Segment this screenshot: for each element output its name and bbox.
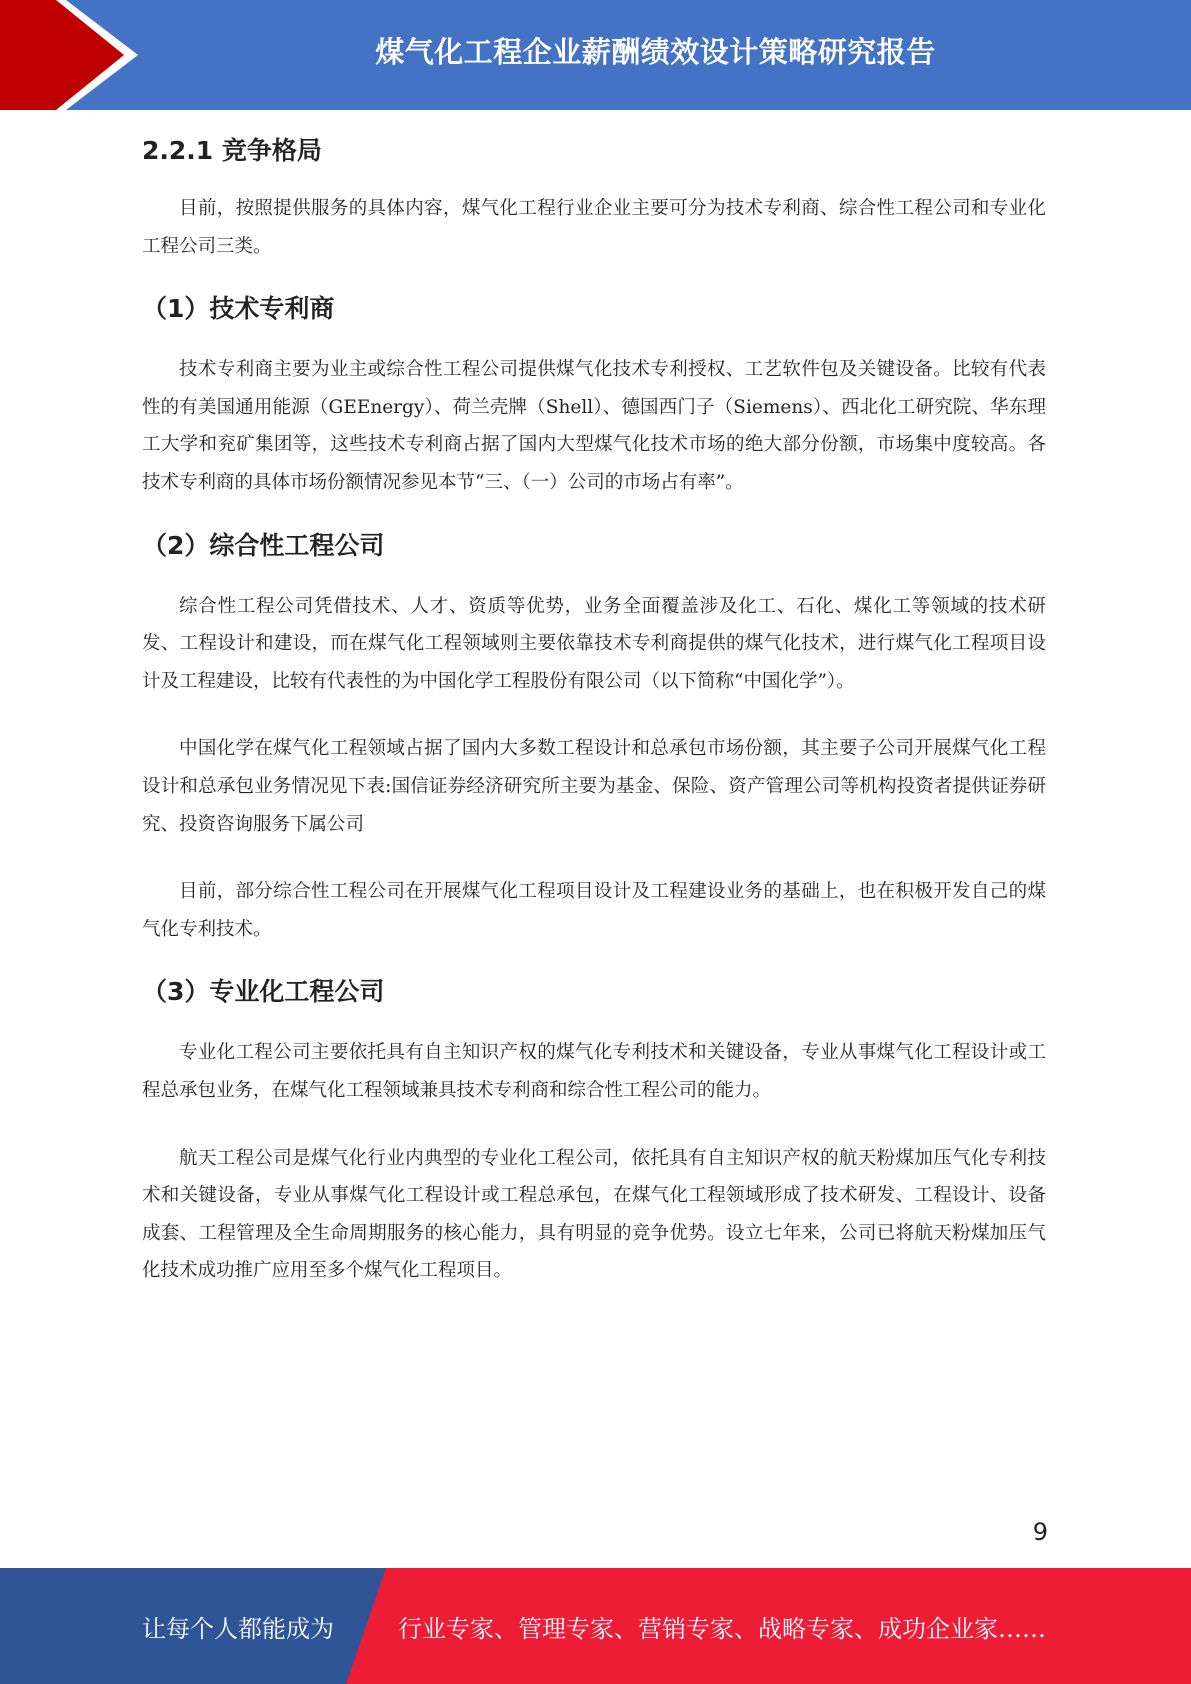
paragraph: 专业化工程公司主要依托具有自主知识产权的煤气化专利技术和关键设备，专业从事煤气化… (142, 1034, 1046, 1109)
paragraph: 目前，部分综合性工程公司在开展煤气化工程项目设计及工程建设业务的基础上，也在积极… (142, 873, 1046, 948)
subsection-title-patent-holders: （1）技术专利商 (142, 289, 1046, 329)
report-title: 煤气化工程企业薪酬绩效设计策略研究报告 (0, 0, 1191, 100)
subsection-title-specialized-engineering: （3）专业化工程公司 (142, 972, 1046, 1012)
subsection-title-integrated-engineering: （2）综合性工程公司 (142, 526, 1046, 566)
page-footer-banner: 让每个人都能成为 行业专家、管理专家、营销专家、战略专家、成功企业家…… (0, 1568, 1191, 1684)
footer-slogan-left: 让每个人都能成为 (142, 1568, 334, 1684)
paragraph: 综合性工程公司凭借技术、人才、资质等优势，业务全面覆盖涉及化工、石化、煤化工等领… (142, 588, 1046, 701)
page-header-banner: 煤气化工程企业薪酬绩效设计策略研究报告 (0, 0, 1191, 110)
page-content: 2.2.1 竞争格局 目前，按照提供服务的具体内容，煤气化工程行业企业主要可分为… (142, 128, 1046, 1290)
section-title: 2.2.1 竞争格局 (142, 128, 1046, 174)
paragraph: 航天工程公司是煤气化行业内典型的专业化工程公司，依托具有自主知识产权的航天粉煤加… (142, 1140, 1046, 1290)
footer-slogan-right: 行业专家、管理专家、营销专家、战略专家、成功企业家…… (398, 1568, 1046, 1684)
page-number: 9 (1033, 1518, 1048, 1546)
paragraph: 中国化学在煤气化工程领域占据了国内大多数工程设计和总承包市场份额，其主要子公司开… (142, 730, 1046, 843)
intro-paragraph: 目前，按照提供服务的具体内容，煤气化工程行业企业主要可分为技术专利商、综合性工程… (142, 190, 1046, 265)
paragraph: 技术专利商主要为业主或综合性工程公司提供煤气化技术专利授权、工艺软件包及关键设备… (142, 351, 1046, 501)
